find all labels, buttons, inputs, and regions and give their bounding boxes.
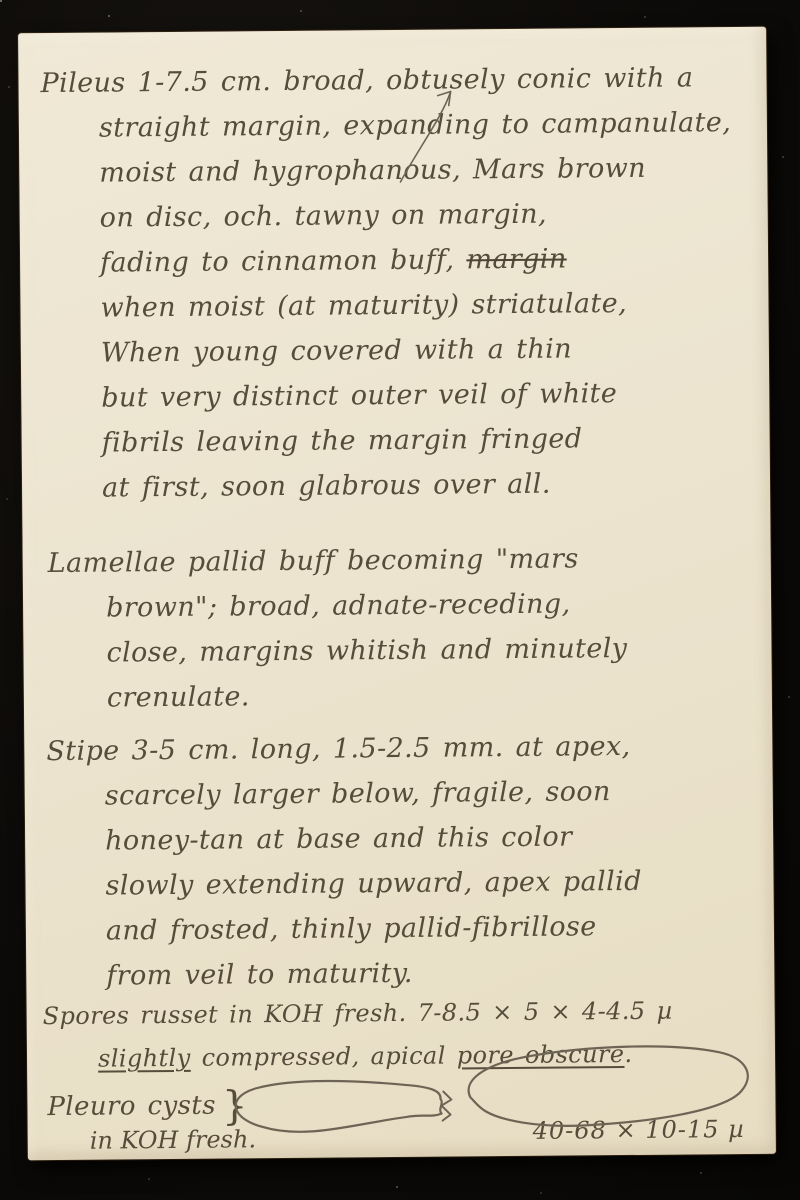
handwritten-line: scarcely larger below, fragile, soon [105, 769, 642, 819]
handwritten-line: brown"; broad, adnate-receding, [106, 581, 627, 631]
handwritten-line: slightly compressed, apical pore obscure… [98, 1033, 673, 1081]
handwritten-line: but very distinct outer veil of white [101, 370, 734, 421]
handwritten-line: when moist (at maturity) striatulate, [100, 280, 733, 331]
label-text: Pleuro cysts [47, 1091, 216, 1122]
handwritten-line: moist and hygrophanous, Mars brown [99, 145, 732, 196]
brace-mark: } [222, 1083, 248, 1129]
handwritten-line: Spores russet in KOH fresh. 7-8.5 × 5 × … [42, 990, 672, 1038]
handwritten-note-card: Pileus 1-7.5 cm. broad, obtusely conic w… [18, 27, 776, 1160]
handwritten-line: close, margins whitish and minutely [106, 626, 627, 676]
handwritten-line: straight margin, expanding to campanulat… [99, 100, 732, 151]
handwritten-line: When young covered with a thin [101, 325, 734, 376]
paragraph-pileus: Pileus 1-7.5 cm. broad, obtusely conic w… [40, 55, 734, 511]
paragraph-stipe: Stipe 3-5 cm. long, 1.5-2.5 mm. at apex,… [46, 724, 643, 999]
handwritten-line: honey-tan at base and this color [105, 814, 642, 864]
pleurocystidia-measurement: 40-68 × 10-15 µ [533, 1115, 745, 1145]
pleurocystidia-medium: in KOH fresh. [90, 1125, 256, 1154]
sketch-squiggle [441, 1092, 451, 1121]
underlined-word: slightly [98, 1044, 191, 1073]
struck-word: margin [466, 244, 567, 276]
cystidium-sketch-left [235, 1080, 442, 1132]
handwritten-line: at first, soon glabrous over all. [102, 460, 735, 511]
paragraph-spores: Spores russet in KOH fresh. 7-8.5 × 5 × … [42, 990, 673, 1081]
handwritten-line: Pileus 1-7.5 cm. broad, obtusely conic w… [40, 55, 731, 106]
handwritten-line: Stipe 3-5 cm. long, 1.5-2.5 mm. at apex, [46, 724, 641, 774]
line-text: fading to cinnamon buff, [100, 244, 467, 278]
underlined-words: pore obscure [457, 1040, 625, 1069]
handwritten-line: Lamellae pallid buff becoming "mars [48, 536, 627, 586]
paragraph-lamellae: Lamellae pallid buff becoming "mars brow… [48, 536, 628, 721]
pleurocystidia-label: Pleuro cysts} [47, 1083, 248, 1131]
handwritten-line: slowly extending upward, apex pallid [105, 859, 642, 909]
line-text: compressed, apical [190, 1041, 456, 1071]
line-text: . [624, 1040, 632, 1068]
handwritten-line: on disc, och. tawny on margin, [100, 190, 733, 241]
handwritten-line: crenulate. [107, 671, 628, 721]
handwritten-line: fading to cinnamon buff, margin [100, 235, 733, 286]
handwritten-line: fibrils leaving the margin fringed [101, 415, 734, 466]
handwritten-line: and frosted, thinly pallid-fibrillose [106, 904, 643, 954]
